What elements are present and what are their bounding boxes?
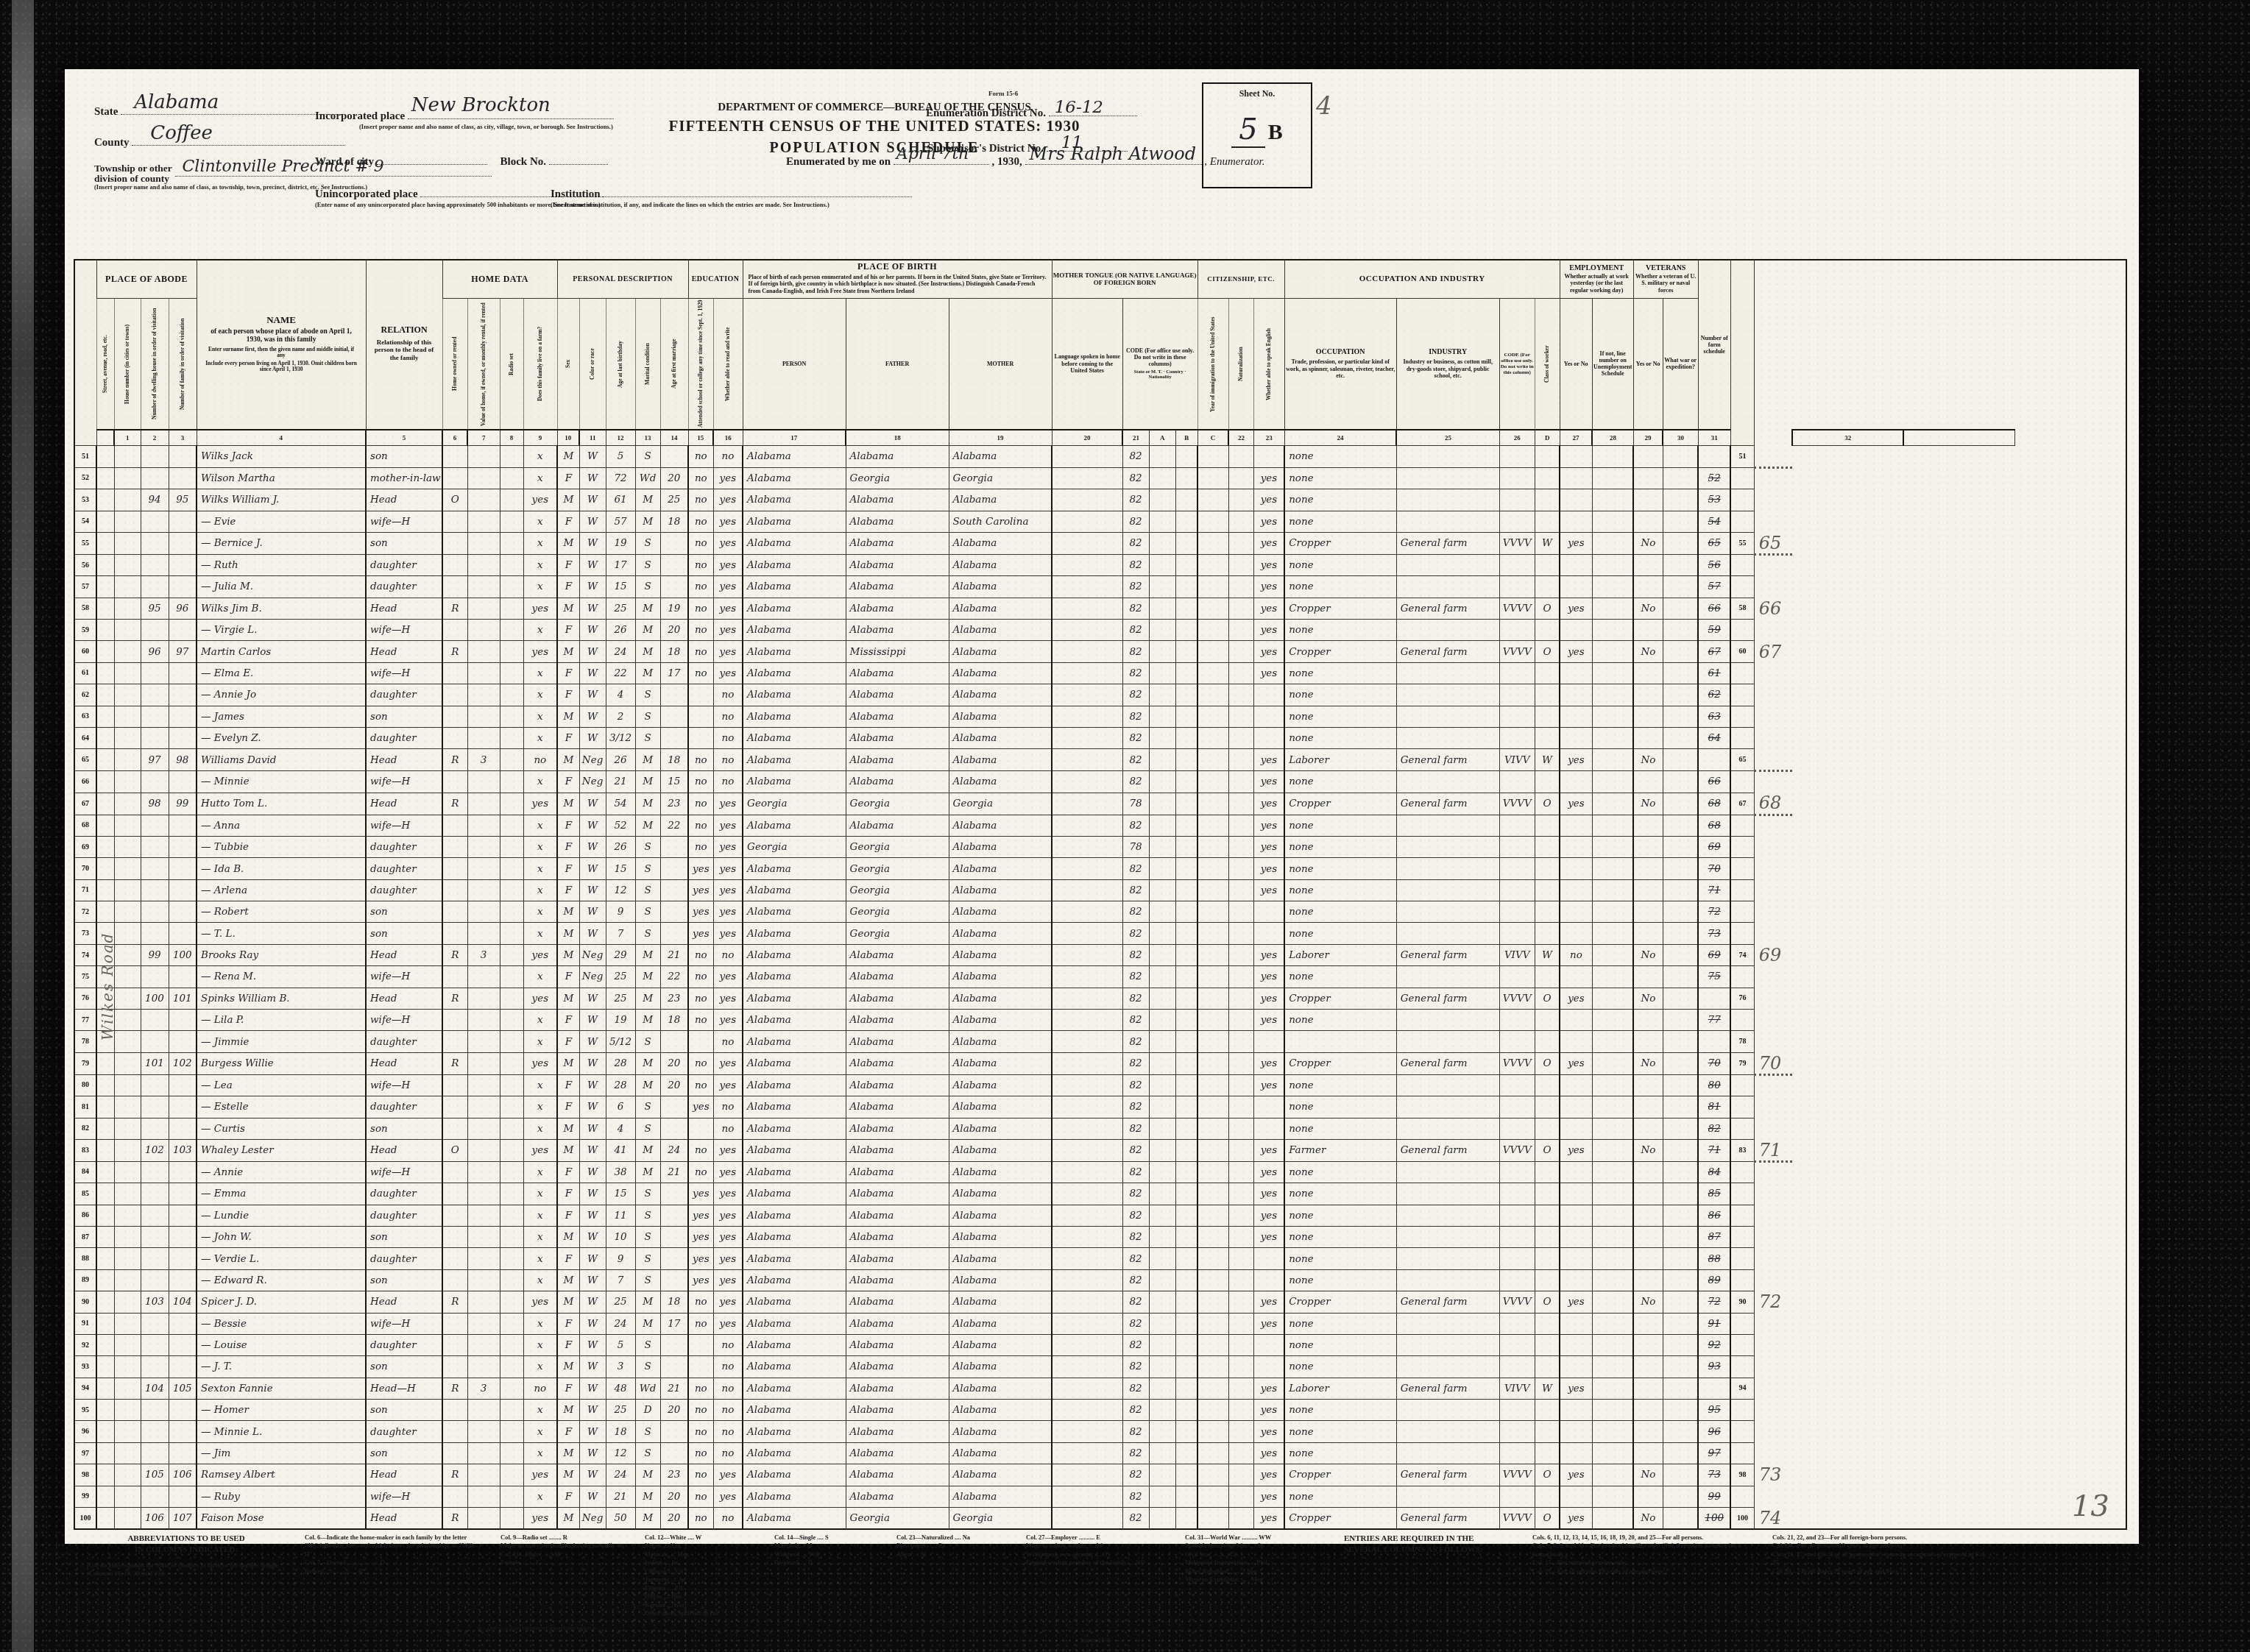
census-row: 659798Williams DavidHeadR3noMNeg26M18non… xyxy=(74,749,2126,771)
code-d xyxy=(1499,727,1535,748)
sex: F xyxy=(557,1096,579,1118)
occupation: none xyxy=(1284,554,1396,575)
sex: M xyxy=(557,1442,579,1464)
mother-tongue xyxy=(1052,879,1122,901)
radio xyxy=(500,1269,523,1291)
naturalization xyxy=(1228,706,1253,727)
race: W xyxy=(579,1334,606,1355)
farm: no xyxy=(523,749,557,771)
war xyxy=(1663,467,1698,489)
speaks-english: yes xyxy=(1253,879,1284,901)
farm-schedule: 85 xyxy=(1698,1183,1730,1205)
mother-birthplace: Alabama xyxy=(949,901,1052,923)
code-c xyxy=(1175,1442,1197,1464)
read-write: yes xyxy=(713,901,743,923)
industry xyxy=(1396,489,1499,511)
sex: M xyxy=(557,1118,579,1139)
house-number xyxy=(114,1161,141,1183)
birthplace: Alabama xyxy=(743,1486,846,1507)
birthplace: Alabama xyxy=(743,684,846,706)
code-d xyxy=(1499,1183,1535,1205)
radio xyxy=(500,598,523,619)
mother-tongue xyxy=(1052,1031,1122,1052)
line-number: 93 xyxy=(74,1356,96,1378)
worked-yesterday xyxy=(1560,1031,1592,1052)
header-occupation: OCCUPATION Trade, profession, or particu… xyxy=(1284,298,1396,430)
age: 4 xyxy=(606,1118,635,1139)
father-birthplace: Alabama xyxy=(846,1248,949,1269)
read-write: no xyxy=(713,706,743,727)
code-a: 82 xyxy=(1122,879,1149,901)
father-birthplace: Alabama xyxy=(846,1010,949,1031)
dwelling-number xyxy=(141,511,169,532)
code-d xyxy=(1499,554,1535,575)
worker-class: W xyxy=(1535,749,1560,771)
census-row: 78— JimmiedaughterxFW5/12SnoAlabamaAlaba… xyxy=(74,1031,2126,1052)
name-column-header: NAME of each person whose place of abode… xyxy=(197,260,366,430)
sex: F xyxy=(557,771,579,793)
tenure xyxy=(442,1269,467,1291)
census-row: 86— LundiedaughterxFW11SyesyesAlabamaAla… xyxy=(74,1205,2126,1226)
occupation: none xyxy=(1284,727,1396,748)
mother-tongue xyxy=(1052,1486,1122,1507)
school: no xyxy=(688,793,713,815)
line-number-right xyxy=(1730,858,1754,879)
farm-schedule: 66 xyxy=(1698,598,1730,619)
industry: General farm xyxy=(1396,532,1499,554)
father-birthplace: Alabama xyxy=(846,1052,949,1074)
sheet-value: 5 xyxy=(1231,113,1264,148)
code-a: 82 xyxy=(1122,1334,1149,1355)
speaks-english: yes xyxy=(1253,988,1284,1009)
speaks-english: yes xyxy=(1253,467,1284,489)
sex: M xyxy=(557,1269,579,1291)
street xyxy=(96,684,114,706)
war xyxy=(1663,879,1698,901)
unemployment-line xyxy=(1592,1139,1633,1161)
birthplace: Alabama xyxy=(743,1183,846,1205)
relation: wife—H xyxy=(366,511,442,532)
line-number: 76 xyxy=(74,988,96,1009)
read-write: yes xyxy=(713,641,743,662)
war xyxy=(1663,1248,1698,1269)
age: 15 xyxy=(606,1183,635,1205)
mother-birthplace: Alabama xyxy=(949,727,1052,748)
immigration-year xyxy=(1197,1291,1228,1313)
speaks-english: yes xyxy=(1253,1010,1284,1031)
age: 5 xyxy=(606,1334,635,1355)
code-a: 82 xyxy=(1122,1161,1149,1183)
family-number xyxy=(169,1096,197,1118)
school: no xyxy=(688,576,713,598)
read-write: yes xyxy=(713,1226,743,1247)
worker-class xyxy=(1535,815,1560,836)
marital-status: M xyxy=(635,662,660,684)
line-number: 89 xyxy=(74,1269,96,1291)
worker-class xyxy=(1535,1118,1560,1139)
family-number xyxy=(169,1074,197,1096)
worked-yesterday xyxy=(1560,1269,1592,1291)
read-write: yes xyxy=(713,1139,743,1161)
mother-tongue xyxy=(1052,1378,1122,1399)
speaks-english: yes xyxy=(1253,1486,1284,1507)
marital-status: Wd xyxy=(635,1378,660,1399)
code-b xyxy=(1149,467,1175,489)
occupation: none xyxy=(1284,684,1396,706)
code-a: 82 xyxy=(1122,1205,1149,1226)
war xyxy=(1663,858,1698,879)
industry xyxy=(1396,1356,1499,1378)
dwelling-number: 97 xyxy=(141,749,169,771)
street xyxy=(96,576,114,598)
race: W xyxy=(579,815,606,836)
column-number: 9 xyxy=(523,430,557,446)
unemployment-line xyxy=(1592,901,1633,923)
name: — Homer xyxy=(197,1400,366,1421)
name: — Estelle xyxy=(197,1096,366,1118)
home-value xyxy=(467,727,500,748)
dwelling-number: 100 xyxy=(141,988,169,1009)
line-number: 80 xyxy=(74,1074,96,1096)
age-at-marriage: 18 xyxy=(660,1291,688,1313)
race: W xyxy=(579,988,606,1009)
line-number: 64 xyxy=(74,727,96,748)
mother-birthplace: Alabama xyxy=(949,1052,1052,1074)
sex: F xyxy=(557,684,579,706)
county-field: County Coffee xyxy=(94,137,345,149)
footer-line: Col. 27—Employer .......... E xyxy=(1026,1534,1166,1542)
speaks-english: yes xyxy=(1253,836,1284,857)
school: no xyxy=(688,836,713,857)
radio xyxy=(500,662,523,684)
census-row: 90103104Spicer J. D.HeadRyesMW25M18noyes… xyxy=(74,1291,2126,1313)
age-at-marriage: 18 xyxy=(660,1010,688,1031)
immigration-year xyxy=(1197,1356,1228,1378)
home-value xyxy=(467,1356,500,1378)
relation: son xyxy=(366,1442,442,1464)
farm-schedule xyxy=(1698,1378,1730,1399)
line-number-right: 83 xyxy=(1730,1139,1754,1161)
code-c xyxy=(1175,836,1197,857)
worker-class: O xyxy=(1535,1464,1560,1486)
father-birthplace: Alabama xyxy=(846,598,949,619)
marital-status: M xyxy=(635,511,660,532)
family-number xyxy=(169,684,197,706)
marital-status: M xyxy=(635,620,660,641)
relation: son xyxy=(366,445,442,467)
tenure xyxy=(442,1486,467,1507)
sex: F xyxy=(557,879,579,901)
name: Brooks Ray xyxy=(197,944,366,965)
age-at-marriage: 22 xyxy=(660,966,688,988)
radio xyxy=(500,879,523,901)
footer-line: Col. 9—Radio set ........ R xyxy=(500,1534,626,1542)
marital-status: S xyxy=(635,858,660,879)
house-number xyxy=(114,966,141,988)
footer-line: Japanese .... Jp xyxy=(645,1575,755,1584)
race: W xyxy=(579,1442,606,1464)
name: — J. T. xyxy=(197,1356,366,1378)
header-age: Age at last birthday xyxy=(606,298,635,430)
code-c xyxy=(1175,620,1197,641)
line-number: 94 xyxy=(74,1378,96,1399)
column-number: 5 xyxy=(366,430,442,446)
age-at-marriage xyxy=(660,576,688,598)
house-number xyxy=(114,1205,141,1226)
naturalization xyxy=(1228,1205,1253,1226)
naturalization xyxy=(1228,1313,1253,1334)
house-number xyxy=(114,532,141,554)
relation: son xyxy=(366,1226,442,1247)
home-value xyxy=(467,815,500,836)
farm: x xyxy=(523,1096,557,1118)
street xyxy=(96,1161,114,1183)
mother-birthplace: Alabama xyxy=(949,879,1052,901)
birthplace: Alabama xyxy=(743,554,846,575)
war xyxy=(1663,1096,1698,1118)
worked-yesterday xyxy=(1560,1118,1592,1139)
veteran xyxy=(1633,1096,1663,1118)
radio xyxy=(500,793,523,815)
column-numbers-row: 123456789101112131415161718192021ABC2223… xyxy=(74,430,2126,446)
line-number-right xyxy=(1730,1248,1754,1269)
code-d xyxy=(1499,1334,1535,1355)
industry xyxy=(1396,1161,1499,1183)
race: W xyxy=(579,1161,606,1183)
code-d xyxy=(1499,1118,1535,1139)
race: W xyxy=(579,727,606,748)
race: W xyxy=(579,901,606,923)
farm-schedule xyxy=(1698,749,1730,771)
code-a: 82 xyxy=(1122,1096,1149,1118)
relation: Head xyxy=(366,1508,442,1530)
name: Wilson Martha xyxy=(197,467,366,489)
read-write: yes xyxy=(713,988,743,1009)
birthplace: Alabama xyxy=(743,1118,846,1139)
father-birthplace: Georgia xyxy=(846,879,949,901)
radio xyxy=(500,1464,523,1486)
industry xyxy=(1396,879,1499,901)
code-a: 82 xyxy=(1122,1508,1149,1530)
line-number-right xyxy=(1730,1074,1754,1096)
house-number xyxy=(114,988,141,1009)
family-number xyxy=(169,620,197,641)
unemployment-line xyxy=(1592,1096,1633,1118)
ward-label: Ward of city xyxy=(315,156,374,168)
footer-line: Mexican .... Mex xyxy=(645,1550,755,1559)
naturalization xyxy=(1228,1421,1253,1442)
industry xyxy=(1396,1400,1499,1421)
worked-yesterday xyxy=(1560,1074,1592,1096)
farm-schedule: 72 xyxy=(1698,1291,1730,1313)
relation: wife—H xyxy=(366,966,442,988)
speaks-english: yes xyxy=(1253,1226,1284,1247)
home-value xyxy=(467,620,500,641)
line-number: 53 xyxy=(74,489,96,511)
industry xyxy=(1396,1313,1499,1334)
code-a: 82 xyxy=(1122,1486,1149,1507)
age: 3/12 xyxy=(606,727,635,748)
code-b xyxy=(1149,1205,1175,1226)
code-d xyxy=(1499,1096,1535,1118)
marital-status: M xyxy=(635,1464,660,1486)
farm-schedule: 62 xyxy=(1698,684,1730,706)
farm-schedule xyxy=(1698,1031,1730,1052)
occupation: Cropper xyxy=(1284,1291,1396,1313)
bottom-form-number: Form 15-6 xyxy=(1080,1637,1110,1644)
family-number xyxy=(169,836,197,857)
worker-class: O xyxy=(1535,988,1560,1009)
code-c xyxy=(1175,1248,1197,1269)
veteran xyxy=(1633,771,1663,793)
school xyxy=(688,727,713,748)
mother-tongue xyxy=(1052,1508,1122,1530)
marital-status: S xyxy=(635,532,660,554)
industry xyxy=(1396,576,1499,598)
speaks-english: yes xyxy=(1253,944,1284,965)
mother-birthplace: Alabama xyxy=(949,684,1052,706)
age-at-marriage: 15 xyxy=(660,771,688,793)
read-write: yes xyxy=(713,620,743,641)
father-birthplace: Alabama xyxy=(846,511,949,532)
worker-class xyxy=(1535,771,1560,793)
sheet-letter: B xyxy=(1268,120,1283,144)
margin-note: 70 xyxy=(1754,1052,1792,1074)
immigration-year xyxy=(1197,532,1228,554)
home-value xyxy=(467,1161,500,1183)
name: Ramsey Albert xyxy=(197,1464,366,1486)
school: no xyxy=(688,511,713,532)
worker-class xyxy=(1535,1226,1560,1247)
name: — Evie xyxy=(197,511,366,532)
sex: F xyxy=(557,554,579,575)
industry xyxy=(1396,1010,1499,1031)
speaks-english: yes xyxy=(1253,598,1284,619)
code-d xyxy=(1499,966,1535,988)
naturalization xyxy=(1228,1400,1253,1421)
naturalization xyxy=(1228,1442,1253,1464)
code-c xyxy=(1175,793,1197,815)
house-number xyxy=(114,1291,141,1313)
farm: no xyxy=(523,1378,557,1399)
father-birthplace: Alabama xyxy=(846,1313,949,1334)
worker-class xyxy=(1535,1031,1560,1052)
industry: General farm xyxy=(1396,1052,1499,1074)
family-number xyxy=(169,1226,197,1247)
mother-tongue xyxy=(1052,467,1122,489)
census-row: 85— EmmadaughterxFW15SyesyesAlabamaAlaba… xyxy=(74,1183,2126,1205)
naturalization xyxy=(1228,1291,1253,1313)
dwelling-number xyxy=(141,706,169,727)
code-a: 82 xyxy=(1122,532,1149,554)
line-number-right xyxy=(1730,1421,1754,1442)
code-c xyxy=(1175,598,1197,619)
birthplace: Alabama xyxy=(743,815,846,836)
race: W xyxy=(579,641,606,662)
group-place-of-abode: PLACE OF ABODE xyxy=(96,260,197,298)
unemployment-line xyxy=(1592,1291,1633,1313)
code-a: 82 xyxy=(1122,944,1149,965)
census-row: 76100101Spinks William B.HeadRyesMW25M23… xyxy=(74,988,2126,1009)
dwelling-number xyxy=(141,1442,169,1464)
family-number xyxy=(169,1313,197,1334)
veteran: No xyxy=(1633,598,1663,619)
tenure xyxy=(442,554,467,575)
mother-birthplace: Alabama xyxy=(949,1183,1052,1205)
line-number: 88 xyxy=(74,1248,96,1269)
sex: F xyxy=(557,1248,579,1269)
farm-schedule: 80 xyxy=(1698,1074,1730,1096)
tenure: R xyxy=(442,1378,467,1399)
census-row: 64— Evelyn Z.daughterxFW3/12SnoAlabamaAl… xyxy=(74,727,2126,748)
line-number-right xyxy=(1730,923,1754,944)
mother-birthplace: Alabama xyxy=(949,706,1052,727)
unemployment-line xyxy=(1592,1334,1633,1355)
industry xyxy=(1396,511,1499,532)
occupation: none xyxy=(1284,576,1396,598)
line-number-right: 60 xyxy=(1730,641,1754,662)
school: no xyxy=(688,1161,713,1183)
code-c xyxy=(1175,1074,1197,1096)
unemployment-line xyxy=(1592,706,1633,727)
dwelling-number xyxy=(141,858,169,879)
industry: General farm xyxy=(1396,1464,1499,1486)
line-number-right xyxy=(1730,684,1754,706)
father-birthplace: Alabama xyxy=(846,554,949,575)
farm: x xyxy=(523,684,557,706)
sex: F xyxy=(557,511,579,532)
immigration-year xyxy=(1197,1010,1228,1031)
war xyxy=(1663,554,1698,575)
sex: F xyxy=(557,1421,579,1442)
header-read-write: Whether able to read and write xyxy=(713,298,743,430)
home-value xyxy=(467,1096,500,1118)
school: yes xyxy=(688,923,713,944)
house-number xyxy=(114,1356,141,1378)
industry: General farm xyxy=(1396,1508,1499,1530)
tenure xyxy=(442,662,467,684)
father-birthplace: Alabama xyxy=(846,1464,949,1486)
occupation: none xyxy=(1284,706,1396,727)
mother-birthplace: Alabama xyxy=(949,1486,1052,1507)
birthplace: Alabama xyxy=(743,1161,846,1183)
marital-status: S xyxy=(635,1183,660,1205)
veteran xyxy=(1633,901,1663,923)
column-number: 22 xyxy=(1228,430,1253,446)
worked-yesterday xyxy=(1560,554,1592,575)
code-c xyxy=(1175,1313,1197,1334)
line-number: 68 xyxy=(74,815,96,836)
worked-yesterday xyxy=(1560,1096,1592,1118)
worked-yesterday xyxy=(1560,1313,1592,1334)
veteran: No xyxy=(1633,1052,1663,1074)
race: W xyxy=(579,620,606,641)
home-value xyxy=(467,1183,500,1205)
house-number xyxy=(114,1248,141,1269)
age-at-marriage: 20 xyxy=(660,467,688,489)
code-d xyxy=(1499,879,1535,901)
home-value xyxy=(467,901,500,923)
speaks-english: yes xyxy=(1253,641,1284,662)
unemployment-line xyxy=(1592,620,1633,641)
veteran xyxy=(1633,1486,1663,1507)
war xyxy=(1663,532,1698,554)
veteran xyxy=(1633,511,1663,532)
read-write: no xyxy=(713,1508,743,1530)
home-value xyxy=(467,511,500,532)
group-education: EDUCATION xyxy=(688,260,743,298)
race: W xyxy=(579,445,606,467)
